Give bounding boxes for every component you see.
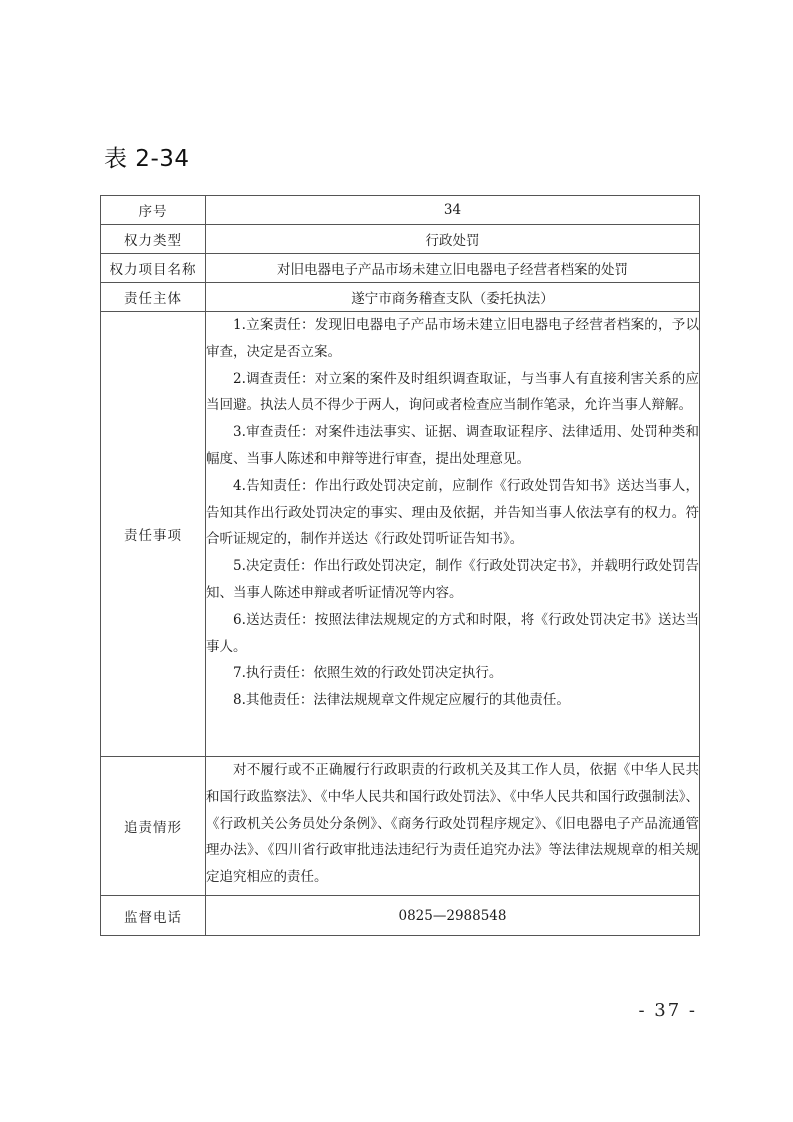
- table-row-power-item-name: 权力项目名称 对旧电器电子产品市场未建立旧电器电子经营者档案的处罚: [101, 254, 700, 283]
- power-type-value: 行政处罚: [206, 225, 700, 254]
- responsible-body-value: 遂宁市商务稽查支队（委托执法）: [206, 283, 700, 312]
- accountability-content: 对不履行或不正确履行行政职责的行政机关及其工作人员，依据《中华人民共和国行政监察…: [206, 757, 700, 896]
- table-row-serial-number: 序号 34: [101, 196, 700, 225]
- power-responsibility-table: 序号 34 权力类型 行政处罚 权力项目名称 对旧电器电子产品市场未建立旧电器电…: [100, 195, 700, 936]
- accountability-text: 对不履行或不正确履行行政职责的行政机关及其工作人员，依据《中华人民共和国行政监察…: [206, 757, 699, 891]
- page-number: - 37 -: [638, 1000, 697, 1021]
- duty-item: 3.审查责任：对案件违法事实、证据、调查取证程序、法律适用、处罚种类和幅度、当事…: [206, 419, 699, 473]
- table-row-duties: 责任事项 1.立案责任：发现旧电器电子产品市场未建立旧电器电子经营者档案的，予以…: [101, 312, 700, 757]
- table-row-supervision-phone: 监督电话 0825—2988548: [101, 896, 700, 936]
- duty-item: 5.决定责任：作出行政处罚决定，制作《行政处罚决定书》，并载明行政处罚告知、当事…: [206, 553, 699, 607]
- table-row-responsible-body: 责任主体 遂宁市商务稽查支队（委托执法）: [101, 283, 700, 312]
- accountability-label: 追责情形: [101, 757, 206, 896]
- table-caption: 表 2-34: [104, 140, 190, 173]
- table-row-power-type: 权力类型 行政处罚: [101, 225, 700, 254]
- duty-item: 8.其他责任：法律法规规章文件规定应履行的其他责任。: [206, 687, 699, 714]
- supervision-phone-label: 监督电话: [101, 896, 206, 936]
- duties-label: 责任事项: [101, 312, 206, 757]
- responsible-body-label: 责任主体: [101, 283, 206, 312]
- duty-item: 2.调查责任：对立案的案件及时组织调查取证，与当事人有直接利害关系的应当回避。执…: [206, 366, 699, 420]
- supervision-phone-value: 0825—2988548: [206, 896, 700, 936]
- serial-number-label: 序号: [101, 196, 206, 225]
- serial-number-value: 34: [206, 196, 700, 225]
- duty-item: 6.送达责任：按照法律法规规定的方式和时限，将《行政处罚决定书》送达当事人。: [206, 607, 699, 661]
- power-item-name-label: 权力项目名称: [101, 254, 206, 283]
- duties-content: 1.立案责任：发现旧电器电子产品市场未建立旧电器电子经营者档案的，予以审查，决定…: [206, 312, 700, 757]
- table-row-accountability: 追责情形 对不履行或不正确履行行政职责的行政机关及其工作人员，依据《中华人民共和…: [101, 757, 700, 896]
- duty-item: 4.告知责任：作出行政处罚决定前，应制作《行政处罚告知书》送达当事人，告知其作出…: [206, 473, 699, 553]
- power-type-label: 权力类型: [101, 225, 206, 254]
- duty-item: 1.立案责任：发现旧电器电子产品市场未建立旧电器电子经营者档案的，予以审查，决定…: [206, 312, 699, 366]
- power-item-name-value: 对旧电器电子产品市场未建立旧电器电子经营者档案的处罚: [206, 254, 700, 283]
- duty-item: 7.执行责任：依照生效的行政处罚决定执行。: [206, 660, 699, 687]
